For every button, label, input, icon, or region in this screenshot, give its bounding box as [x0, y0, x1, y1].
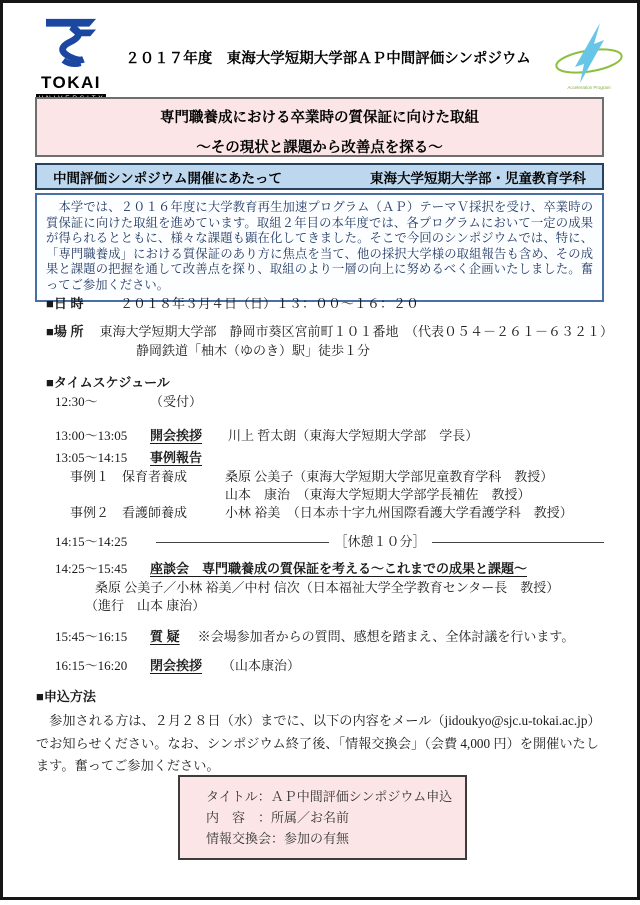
intro-box: 本学では、２０１６年度に大学教育再生加速プログラム（ＡＰ）テーマＶ採択を受け、卒… [35, 193, 604, 302]
application-box: タイトル：ＡＰ中間評価シンポジウム申込 内 容 ：所属／お名前 情報交換会：参加… [178, 775, 467, 860]
text-qa: ※会場参加者からの質問、感想を踏まえ、全体討議を行います。 [198, 628, 575, 646]
label-closing: 閉会挨拶 [150, 657, 202, 675]
time-closing: 16:15～16:20 [55, 657, 150, 675]
schedule-row-roundtable-members: 桑原 公美子／小林 裕美／中村 信次（日本福祉大学全学教育センター長 教授） [36, 579, 610, 597]
roundtable-members: 桑原 公美子／小林 裕美／中村 信次（日本福祉大学全学教育センター長 教授） [95, 579, 559, 597]
datetime-label: ■日 時 [46, 295, 104, 313]
schedule-row-reception: 12:30～ （受付） [36, 393, 610, 411]
label-roundtable: 座談会 専門職養成の質保証を考える～これまでの成果と課題～ [150, 560, 527, 578]
main-content: ■日 時 ２０１８年３月４日（日）１３：００～１６：２０ ■場 所 東海大学短期… [36, 295, 610, 777]
datetime-value: ２０１８年３月４日（日）１３：００～１６：２０ [120, 295, 419, 313]
page-title: ２０１７年度 東海大学短期大学部ＡＰ中間評価シンポジウム [108, 47, 548, 68]
ap-program-logo: Acceleration Program [552, 20, 626, 90]
schedule-row-recess: 14:15～14:25 ［休憩１０分］ [36, 533, 610, 551]
recess-rule-right [432, 542, 605, 551]
schedule-row-qa: 15:45～16:15 質 疑 ※会場参加者からの質問、感想を踏まえ、全体討議を… [36, 628, 610, 646]
time-qa: 15:45～16:15 [55, 628, 150, 646]
symposium-flyer-page: TOKAI UNIVERSITY ２０１７年度 東海大学短期大学部ＡＰ中間評価シ… [0, 0, 640, 905]
time-opening: 13:00～13:05 [55, 427, 150, 445]
application-heading-text: ■申込方法 [36, 688, 96, 706]
text-opening: 川上 哲太朗（東海大学短期大学部 学長） [228, 427, 478, 445]
schedule-row-case-reports: 13:05～14:15 事例報告 [36, 449, 610, 467]
headline-box: 専門職養成における卒業時の質保証に向けた取組 ～その現状と課題から改善点を探る～ [35, 97, 604, 157]
tokai-logo-wordmark: TOKAI [36, 73, 106, 93]
place-row2: 静岡鉄道「柚木（ゆのき）駅」徒歩１分 [36, 342, 610, 360]
roundtable-moderator: （進行 山本 康治） [85, 597, 205, 615]
section-bar: 中間評価シンポジウム開催にあたって 東海大学短期大学部・児童教育学科 [35, 163, 604, 190]
case2-head: 事例２ 看護師養成 [70, 504, 225, 522]
case2-text: 小林 裕美 （日本赤十字九州国際看護大学看護学科 教授） [225, 504, 573, 522]
application-line2: でお知らせください。なお、シンポジウム終了後、「情報交換会」（会費 4,000 … [36, 733, 610, 777]
section-bar-left: 中間評価シンポジウム開催にあたって [53, 167, 282, 187]
tokai-logo-icon [36, 16, 106, 73]
place-line2: 静岡鉄道「柚木（ゆのき）駅」徒歩１分 [136, 342, 370, 360]
schedule-heading-text: ■タイムスケジュール [46, 374, 170, 392]
time-case-reports: 13:05～14:15 [55, 449, 150, 467]
text-reception: （受付） [150, 393, 202, 411]
schedule-row-case1b: 山本 康治 （東海大学短期大学部学長補佐 教授） [36, 486, 610, 504]
application-box-line3: 情報交換会：参加の有無 [206, 828, 459, 849]
time-recess: 14:15～14:25 [55, 533, 150, 551]
time-roundtable: 14:25～15:45 [55, 560, 150, 578]
application-heading: ■申込方法 [36, 688, 610, 706]
label-case-reports: 事例報告 [150, 449, 202, 467]
schedule-row-closing: 16:15～16:20 閉会挨拶 （山本康治） [36, 657, 610, 675]
schedule-row-opening: 13:00～13:05 開会挨拶 川上 哲太朗（東海大学短期大学部 学長） [36, 427, 610, 445]
application-box-line1: タイトル：ＡＰ中間評価シンポジウム申込 [206, 786, 459, 807]
place-row: ■場 所 東海大学短期大学部 静岡市葵区宮前町１０１番地 （代表０５４－２６１－… [36, 323, 610, 341]
case1b-text: 山本 康治 （東海大学短期大学部学長補佐 教授） [225, 486, 531, 504]
application-line1: 参加される方は、２月２８日（水）までに、以下の内容をメール（jidoukyo@s… [36, 710, 610, 732]
headline-line2: ～その現状と課題から改善点を探る～ [37, 136, 602, 157]
case1-text: 桑原 公美子（東海大学短期大学部児童教育学科 教授） [225, 468, 553, 486]
place-line1: 東海大学短期大学部 静岡市葵区宮前町１０１番地 （代表０５４－２６１－６３２１） [99, 323, 613, 341]
schedule-row-roundtable: 14:25～15:45 座談会 専門職養成の質保証を考える～これまでの成果と課題… [36, 560, 610, 578]
text-closing: （山本康治） [222, 657, 300, 675]
headline-line1: 専門職養成における卒業時の質保証に向けた取組 [37, 106, 602, 127]
tokai-university-logo: TOKAI UNIVERSITY [36, 16, 106, 103]
application-box-line2: 内 容 ：所属／お名前 [206, 807, 459, 828]
label-qa: 質 疑 [150, 628, 180, 646]
schedule-heading: ■タイムスケジュール [36, 374, 610, 392]
place-label: ■場 所 [46, 323, 83, 341]
recess-rule-left [156, 542, 329, 551]
section-bar-right: 東海大学短期大学部・児童教育学科 [370, 167, 586, 187]
schedule-row-roundtable-moderator: （進行 山本 康治） [36, 597, 610, 615]
time-reception: 12:30～ [55, 393, 150, 411]
recess-label: ［休憩１０分］ [335, 533, 426, 551]
label-opening: 開会挨拶 [150, 427, 202, 445]
datetime-row: ■日 時 ２０１８年３月４日（日）１３：００～１６：２０ [36, 295, 610, 313]
schedule-row-case2: 事例２ 看護師養成 小林 裕美 （日本赤十字九州国際看護大学看護学科 教授） [36, 504, 610, 522]
schedule-row-case1: 事例１ 保育者養成 桑原 公美子（東海大学短期大学部児童教育学科 教授） [36, 468, 610, 486]
case1-head: 事例１ 保育者養成 [70, 468, 225, 486]
